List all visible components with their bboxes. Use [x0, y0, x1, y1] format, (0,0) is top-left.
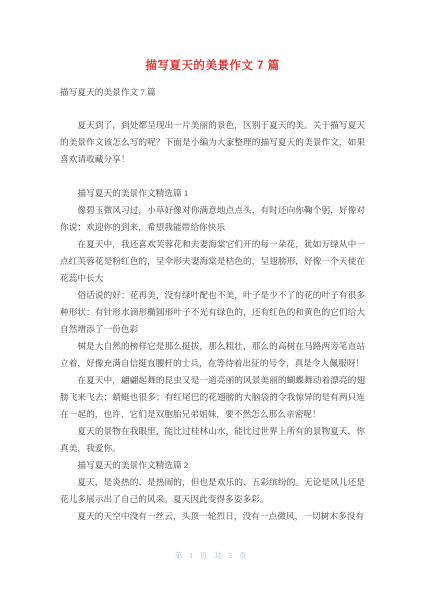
paragraph: 在夏天中，我还喜欢芙蓉花和夫妻海棠它们开的每一朵花，犹如万绿从中一点红芙蓉花是粉… [60, 236, 365, 287]
document-title: 描写夏天的美景作文 7 篇 [60, 58, 365, 74]
paragraph: 俗话说的好：花再美，没有绿叶配也不美，叶子是少不了的花的叶子有很多种形状：有针形… [60, 287, 365, 338]
document-page: 描写夏天的美景作文 7 篇 描写夏天的美景作文 7 篇 夏天到了，到处都呈现出一… [0, 0, 424, 600]
section-heading: 描写夏天的美景作文精选篇 1 [60, 185, 365, 202]
paragraph: 夏天的天空中没有一丝云，头顶一轮烈日，没有一点微风，一切树木多没有 [60, 508, 365, 525]
paragraph: 像碧玉微风习过，小草好像对你满意地点点头，有时还向你鞠个躬，好像对你说：欢迎你的… [60, 202, 365, 236]
paragraph: 夏天，是炎热的、是热闹的，但也是欢乐的、五彩缤纷的。无论是风儿还是花儿多展示出了… [60, 474, 365, 508]
page-number-indicator: 第 1 页 共 5 页 [175, 551, 249, 560]
paragraph: 夏天到了，到处都呈现出一片美丽的景色，区别于夏天的美。关于描写夏天的美景作文该怎… [60, 117, 365, 168]
paragraph: 树是大自然的榜样它是那么挺拔，那么粗壮，那么的高树在马路两旁笔直站立着，好像充满… [60, 338, 365, 372]
paragraph: 夏天的景物在我眼里，能比过桂林山水，能比过世界上所有的景物夏天，你真美，我爱你。 [60, 423, 365, 457]
section-heading: 描写夏天的美景作文精选篇 2 [60, 457, 365, 474]
page-footer: 第 1 页 共 5 页 [0, 545, 424, 563]
document-body: 夏天到了，到处都呈现出一片美丽的景色，区别于夏天的美。关于描写夏天的美景作文该怎… [60, 117, 365, 525]
paragraph: 在夏天中，翩翩起舞的昆虫又是一道亮丽的风景美丽的蝴蝶舞动着漂亮的翅膀飞来飞去；蜻… [60, 372, 365, 423]
document-subtitle: 描写夏天的美景作文 7 篇 [60, 84, 365, 101]
